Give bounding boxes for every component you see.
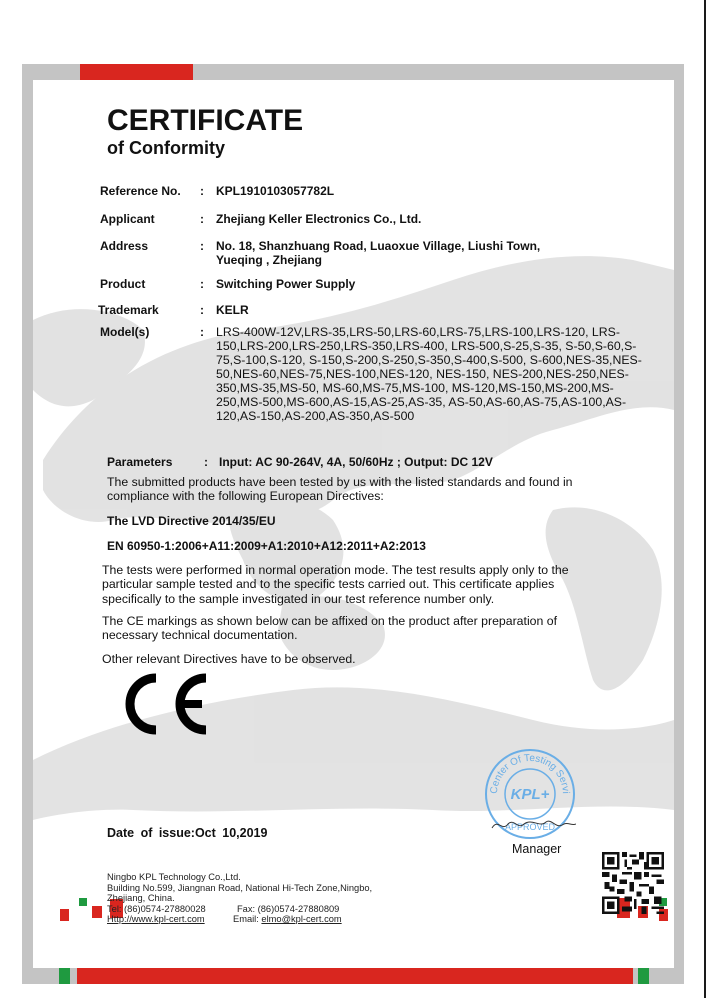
field-colon: : xyxy=(200,303,204,317)
certificate-subtitle: of Conformity xyxy=(107,138,225,159)
issuer-address: Building No.599, Jiangnan Road, National… xyxy=(107,883,407,904)
issuer-tel: Tel: (86)0574-27880028 xyxy=(107,904,206,914)
signatory-title: Manager xyxy=(512,842,561,856)
field-value: KPL1910103057782L xyxy=(216,184,636,198)
stamp-logo: KPL+ xyxy=(511,786,550,803)
directive: The LVD Directive 2014/35/EU xyxy=(107,514,597,528)
stamp-approved: APPROVED xyxy=(505,822,556,832)
date-of-issue: Date of issue:Oct 10,2019 xyxy=(107,826,267,840)
issuer-fax: Fax: (86)0574-27880809 xyxy=(237,904,339,915)
field-label: Product xyxy=(100,277,200,291)
ce-note: The CE markings as shown below can be af… xyxy=(102,614,592,643)
issuer-email-label: Email: xyxy=(233,914,261,924)
field-value: LRS-400W-12V,LRS-35,LRS-50,LRS-60,LRS-75… xyxy=(216,325,656,423)
issuer-name: Ningbo KPL Technology Co.,Ltd. xyxy=(107,872,407,883)
compliance-statement: The submitted products have been tested … xyxy=(107,475,597,504)
field-label: Applicant xyxy=(100,212,200,226)
field-value: Input: AC 90-264V, 4A, 50/60Hz ; Output:… xyxy=(219,455,493,469)
field-label: Parameters xyxy=(107,455,172,469)
ce-mark-icon xyxy=(120,670,220,738)
other-directives-note: Other relevant Directives have to be obs… xyxy=(102,652,592,666)
field-value: KELR xyxy=(216,303,636,317)
field-colon: : xyxy=(200,184,204,198)
testing-service-stamp-icon: Center Of Testing Service KPL+ APPROVED xyxy=(484,748,576,840)
field-value: No. 18, Shanzhuang Road, Luaoxue Village… xyxy=(216,239,546,267)
field-value: Switching Power Supply xyxy=(216,277,636,291)
issuer-website-link[interactable]: Http://www.kpl-cert.com xyxy=(107,914,205,924)
field-colon: : xyxy=(204,455,208,469)
standard: EN 60950-1:2006+A11:2009+A1:2010+A12:201… xyxy=(107,539,597,553)
field-label: Model(s) xyxy=(100,325,200,339)
field-label: Trademark xyxy=(98,303,198,317)
field-colon: : xyxy=(200,239,204,253)
field-parameters: Parameters : Input: AC 90-264V, 4A, 50/6… xyxy=(107,455,172,469)
tests-note: The tests were performed in normal opera… xyxy=(102,563,592,606)
issuer-footer: Ningbo KPL Technology Co.,Ltd. Building … xyxy=(107,872,407,925)
certificate-title: CERTIFICATE xyxy=(107,104,303,138)
field-label: Address xyxy=(100,239,200,253)
field-value: Zhejiang Keller Electronics Co., Ltd. xyxy=(216,212,636,226)
qr-code-icon[interactable] xyxy=(602,852,664,914)
field-colon: : xyxy=(200,277,204,291)
field-colon: : xyxy=(200,325,204,339)
field-colon: : xyxy=(200,212,204,226)
issuer-email-link[interactable]: elmo@kpl-cert.com xyxy=(261,914,341,924)
field-label: Reference No. xyxy=(100,184,200,198)
